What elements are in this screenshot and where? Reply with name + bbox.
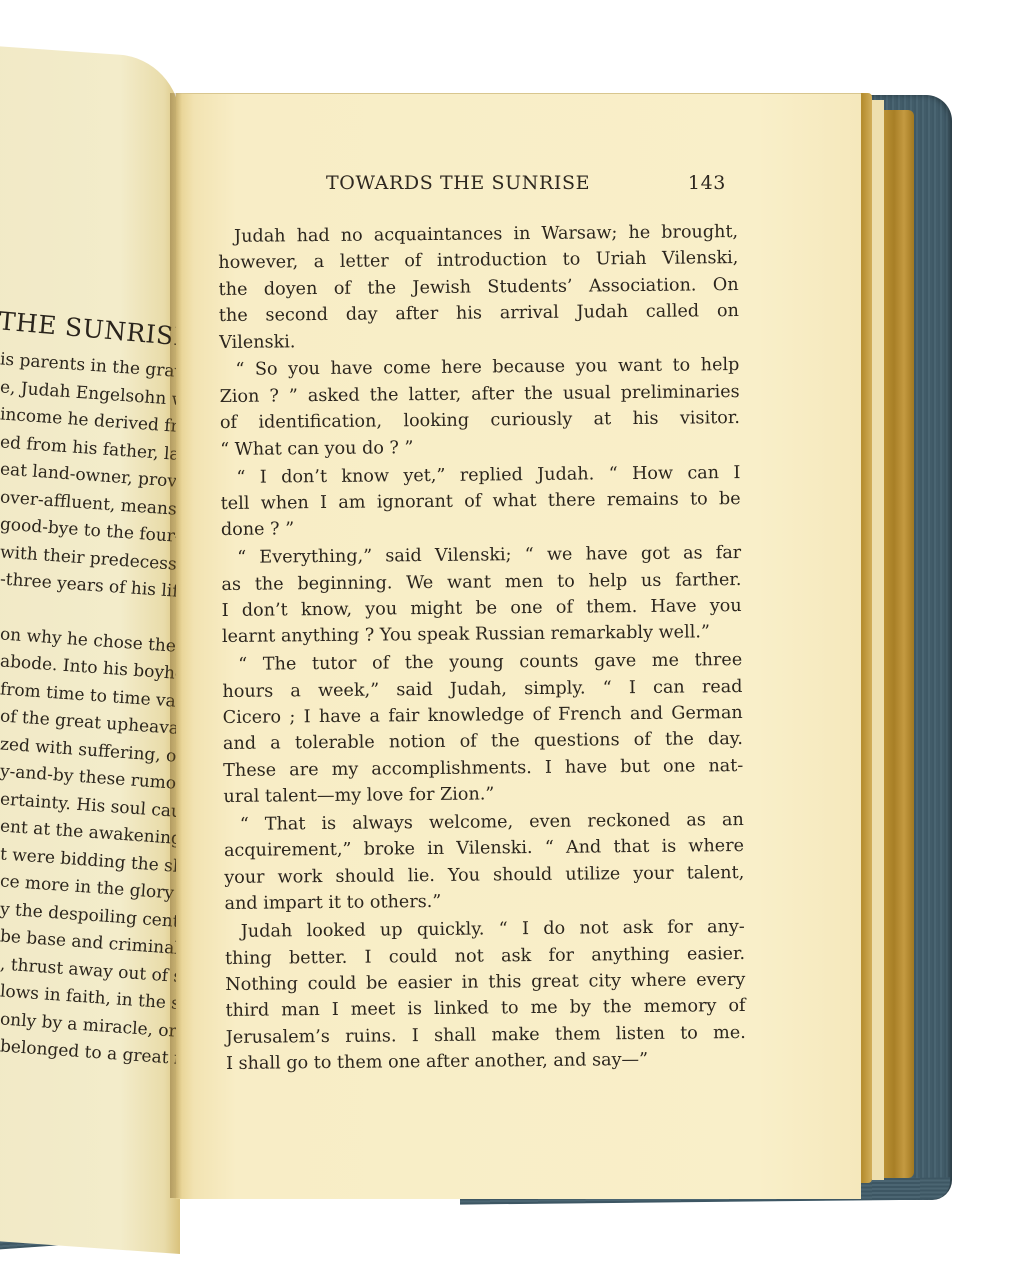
text-line: the second day after his arrival Judah c… [219, 298, 739, 329]
running-head-title: TOWARDS THE SUNRISE [326, 172, 590, 194]
gilt-page-edge-outer [884, 110, 914, 1178]
text-line: Jerusalem’s ruins. I shall make them lis… [226, 1020, 746, 1051]
paragraph: “ I don’t know yet,” replied Judah. “ Ho… [220, 460, 741, 544]
text-line: your work should lie. You should utilize… [224, 860, 744, 891]
text-line: These are my accomplishments. I have but… [223, 753, 743, 784]
paragraph: “ So you have come here because you want… [219, 352, 740, 463]
paragraph: “ That is always welcome, even reckoned … [224, 807, 745, 918]
paragraph: “ The tutor of the young counts gave me … [222, 647, 743, 810]
left-page-text: is parents in the grave, ae, Judah Engel… [0, 346, 180, 1061]
body-text: Judah had no acquaintances in Warsaw; he… [218, 219, 746, 1079]
text-line: learnt anything ? You speak Russian rema… [222, 619, 742, 650]
text-line: of identification, looking curiously at … [220, 405, 740, 436]
page-number: 143 [688, 172, 726, 194]
text-line: tell when I am ignorant of what there re… [221, 486, 741, 517]
paragraph: “ Everything,” said Vilenski; “ we have … [221, 540, 742, 651]
left-page: THE SUNRISE is parents in the grave, ae,… [0, 45, 180, 1254]
left-running-head: THE SUNRISE [0, 306, 180, 352]
running-head: TOWARDS THE SUNRISE 143 [326, 172, 726, 194]
page-edge-light [872, 100, 884, 1180]
paragraph: Judah looked up quickly. “ I do not ask … [225, 914, 746, 1077]
gutter-shadow [170, 93, 182, 1198]
paragraph: Judah had no acquaintances in Warsaw; he… [218, 219, 739, 356]
